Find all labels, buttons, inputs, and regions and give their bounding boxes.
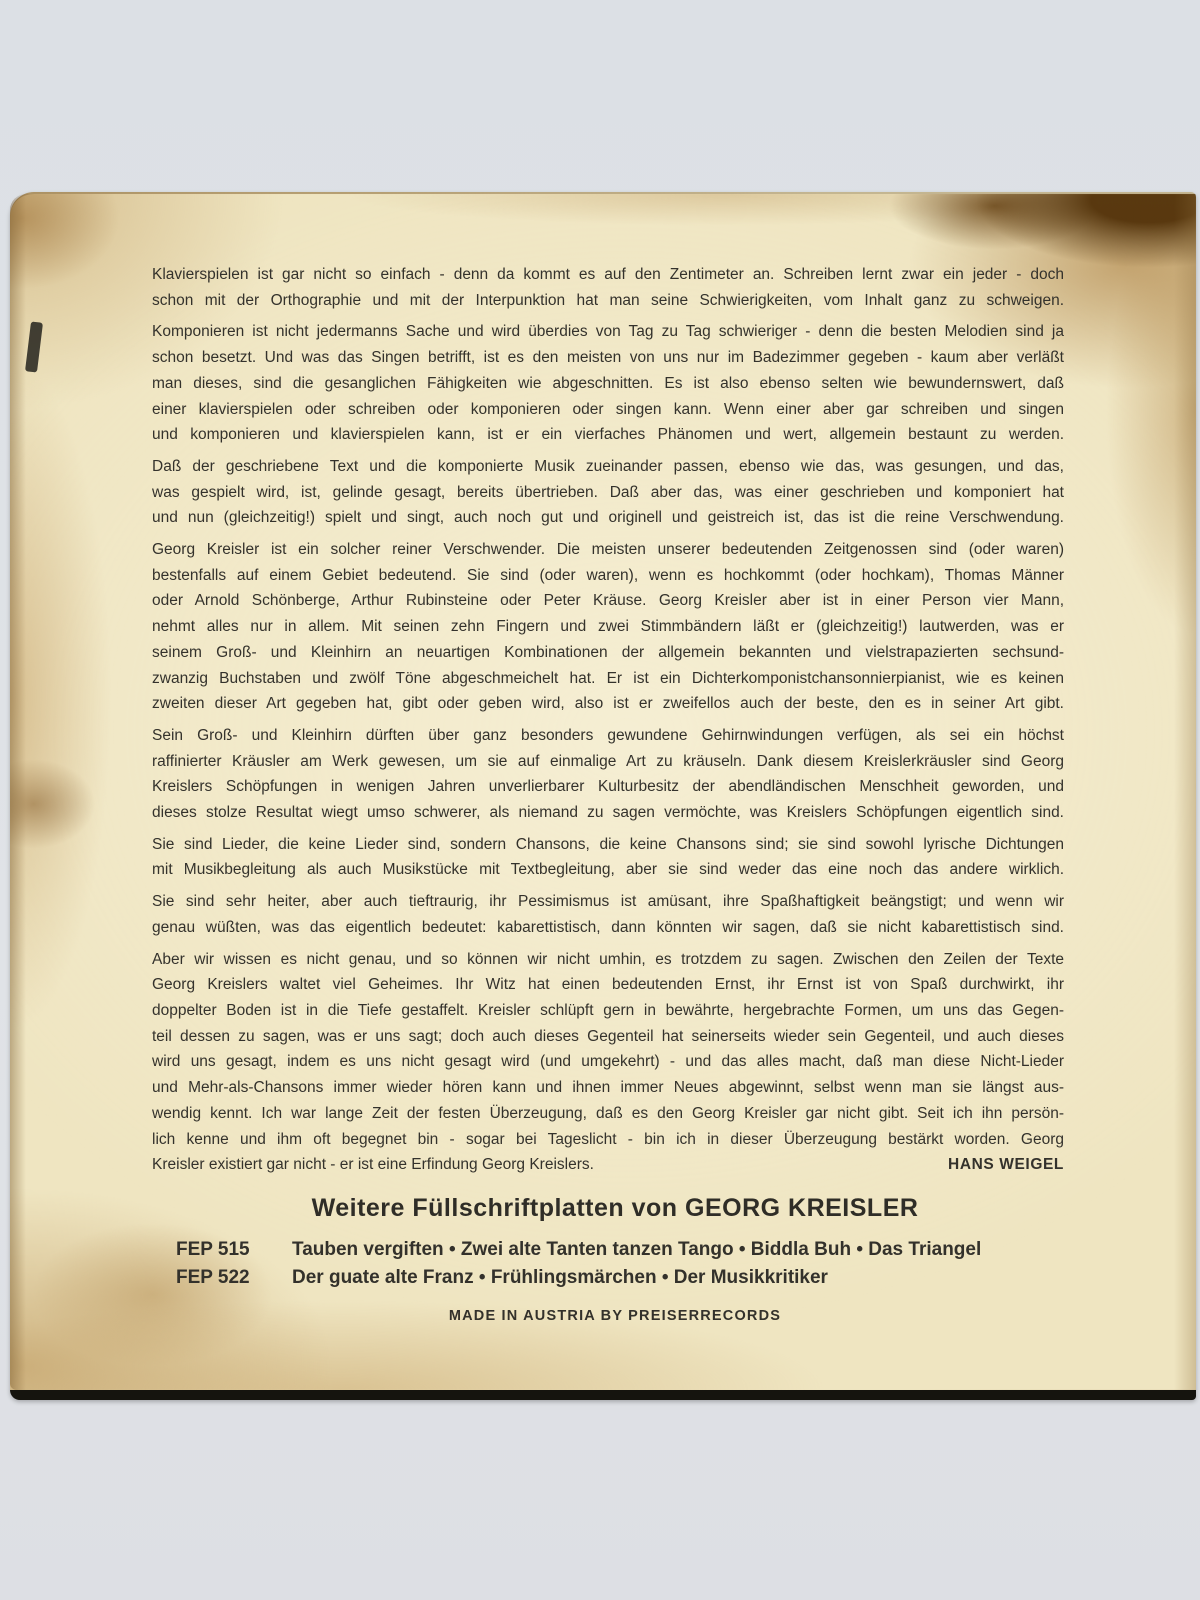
liner-notes-line: bestenfalls auf einem Gebiet bedeutend. … — [152, 563, 1064, 589]
liner-notes-line: Sie sind Lieder, die keine Lieder sind, … — [152, 832, 1064, 858]
liner-notes-line: lich kenne und ihm oft begegnet bin - so… — [152, 1127, 1064, 1153]
further-records-heading: Weitere Füllschriftplatten von GEORG KRE… — [65, 1194, 1165, 1223]
liner-notes-line: Kreislers Schöpfungen in wenigen Jahren … — [152, 774, 1064, 800]
record-titles: Der guate alte Franz • Frühlingsmärchen … — [292, 1264, 828, 1292]
liner-notes-paragraph: Klavierspielen ist gar nicht so einfach … — [152, 262, 1064, 313]
author-signature: HANS WEIGEL — [948, 1152, 1064, 1178]
record-list: FEP 515 Tauben vergiften • Zwei alte Tan… — [176, 1236, 1076, 1291]
liner-notes-line: nehmt alles nur in allem. Mit seinen zeh… — [152, 614, 1064, 640]
liner-notes-line: einer klavierspielen oder schreiben oder… — [152, 397, 1064, 423]
liner-notes-line: und nun (gleichzeitig!) spielt und singt… — [152, 505, 1064, 531]
record-titles: Tauben vergiften • Zwei alte Tanten tanz… — [292, 1236, 981, 1264]
catalog-number: FEP 522 — [176, 1264, 282, 1292]
liner-notes-paragraph: Sein Groß- und Kleinhirn dürften über ga… — [152, 723, 1064, 826]
liner-notes-line: Georg Kreislers waltet viel Geheimes. Ih… — [152, 972, 1064, 998]
liner-notes-line: und Mehr-als-Chansons immer wieder hören… — [152, 1075, 1064, 1101]
liner-notes-line: Sein Groß- und Kleinhirn dürften über ga… — [152, 723, 1064, 749]
liner-notes-line: man dieses, sind die gesanglichen Fähigk… — [152, 371, 1064, 397]
liner-notes-paragraph: Sie sind Lieder, die keine Lieder sind, … — [152, 832, 1064, 883]
record-entry: FEP 515 Tauben vergiften • Zwei alte Tan… — [176, 1236, 1076, 1264]
liner-notes-line: wird uns gesagt, indem es uns nicht gesa… — [152, 1049, 1064, 1075]
liner-notes-paragraph: Komponieren ist nicht jedermanns Sache u… — [152, 319, 1064, 448]
liner-notes-line: dieses stolze Resultat wiegt umso schwer… — [152, 800, 1064, 826]
liner-notes-line: genau wüßten, was das eigentlich bedeute… — [152, 915, 1064, 941]
liner-notes-line: und komponieren und klavierspielen kann,… — [152, 422, 1064, 448]
liner-notes-last-line: Kreisler existiert gar nicht - er ist ei… — [152, 1152, 594, 1178]
liner-notes-paragraph: Georg Kreisler ist ein solcher reiner Ve… — [152, 537, 1064, 717]
worn-left-edge — [10, 194, 26, 1390]
liner-notes-line: oder Arnold Schönberge, Arthur Rubinstei… — [152, 588, 1064, 614]
liner-notes-line: schon besetzt. Und was das Singen betrif… — [152, 345, 1064, 371]
liner-notes-line: Georg Kreisler ist ein solcher reiner Ve… — [152, 537, 1064, 563]
liner-notes-line: Sie sind sehr heiter, aber auch tieftrau… — [152, 889, 1064, 915]
liner-notes-paragraph: Sie sind sehr heiter, aber auch tieftrau… — [152, 889, 1064, 940]
liner-notes-paragraph: Aber wir wissen es nicht genau, und so k… — [152, 947, 1064, 1178]
liner-notes-line: Aber wir wissen es nicht genau, und so k… — [152, 947, 1064, 973]
liner-notes: Klavierspielen ist gar nicht so einfach … — [152, 262, 1064, 1184]
liner-notes-line: Daß der geschriebene Text und die kompon… — [152, 454, 1064, 480]
liner-notes-line: schon mit der Orthographie und mit der I… — [152, 288, 1064, 314]
liner-notes-line: Klavierspielen ist gar nicht so einfach … — [152, 262, 1064, 288]
liner-notes-line: Komponieren ist nicht jedermanns Sache u… — [152, 319, 1064, 345]
made-in-note: MADE IN AUSTRIA BY PREISERRECORDS — [65, 1308, 1165, 1324]
liner-notes-line: doppelter Boden ist in die Tiefe gestaff… — [152, 998, 1064, 1024]
liner-notes-paragraph: Daß der geschriebene Text und die kompon… — [152, 454, 1064, 531]
shaded-right-edge — [1174, 194, 1196, 1390]
final-line-row: Kreisler existiert gar nicht - er ist ei… — [152, 1152, 1064, 1178]
liner-notes-line: zwanzig Buchstaben und zwölf Töne abgesc… — [152, 666, 1064, 692]
liner-notes-line: teil dessen zu sagen, was er uns sagt; d… — [152, 1024, 1064, 1050]
liner-notes-line: raffinierter Kräusler am Werk gewesen, u… — [152, 749, 1064, 775]
torn-edge-notch — [25, 321, 43, 372]
liner-notes-line: zweiten dieser Art gegeben hat, gibt ode… — [152, 691, 1064, 717]
record-sleeve-back-cover: Klavierspielen ist gar nicht so einfach … — [10, 192, 1196, 1400]
catalog-number: FEP 515 — [176, 1236, 282, 1264]
record-entry: FEP 522 Der guate alte Franz • Frühlings… — [176, 1264, 1076, 1292]
liner-notes-line: wendig kennt. Ich war lange Zeit der fes… — [152, 1101, 1064, 1127]
liner-notes-line: was gespielt wird, ist, gelinde gesagt, … — [152, 480, 1064, 506]
liner-notes-line: seinem Groß- und Kleinhirn an neuartigen… — [152, 640, 1064, 666]
liner-notes-line: mit Musikbegleitung als auch Musikstücke… — [152, 857, 1064, 883]
